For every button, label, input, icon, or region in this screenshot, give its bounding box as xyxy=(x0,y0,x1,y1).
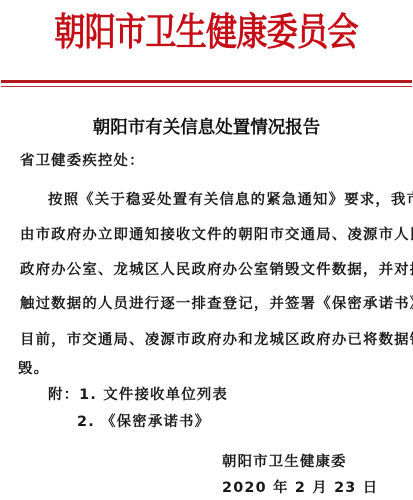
body-line-2: 由市政府办立即通知接收文件的朝阳市交通局、凌源市人民 xyxy=(20,225,413,245)
attachment-item-2: 2. 《保密承诺书》 xyxy=(77,412,210,432)
body-line-6: 毁。 xyxy=(18,359,49,379)
attachment-item-1: 附：1. 文件接收单位列表 xyxy=(48,385,228,405)
signature-org: 朝阳市卫生健康委 xyxy=(222,452,347,472)
body-line-1: 按照《关于稳妥处置有关信息的紧急通知》要求，我市 xyxy=(48,190,413,210)
body-line-5: 目前，市交通局、凌源市政府办和龙城区政府办已将数据销 xyxy=(20,330,413,350)
signature-date: 2020 年 2 月 23 日 xyxy=(222,478,378,498)
body-line-3: 政府办公室、龙城区人民政府办公室销毁文件数据，并对接 xyxy=(20,260,413,280)
document-title: 朝阳市有关信息处置情况报告 xyxy=(0,116,413,140)
letterhead-rule-thick xyxy=(1,80,412,83)
letterhead-rule-thin xyxy=(1,86,412,87)
salutation: 省卫健委疾控处： xyxy=(20,151,145,171)
letterhead-org-name: 朝阳市卫生健康委员会 xyxy=(55,4,358,60)
letterhead: 朝阳市卫生健康委员会 xyxy=(0,4,413,64)
body-line-4: 触过数据的人员进行逐一排查登记，并签署《保密承诺书》。 xyxy=(20,294,413,314)
